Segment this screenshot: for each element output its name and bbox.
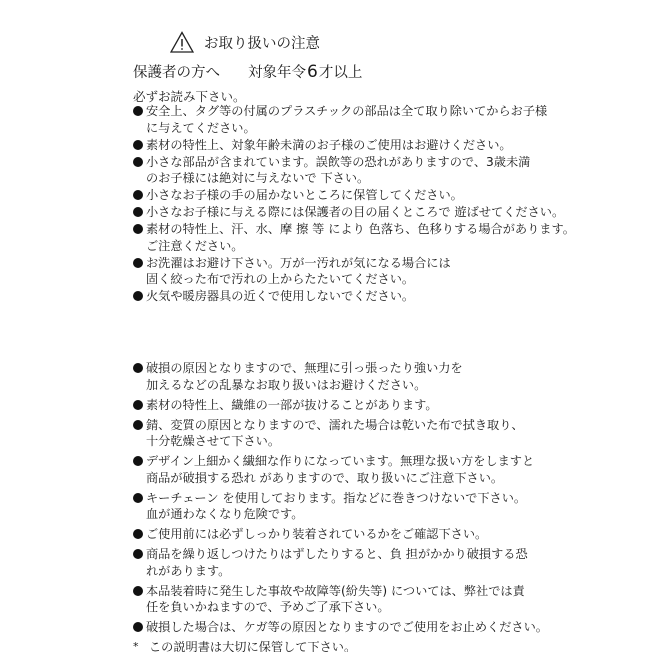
- item-line: 素材の特性上、汗、水、摩 擦 等 により 色落ち、色移りする場合があります。: [146, 221, 533, 238]
- item-line: 火気や暖房器具の近くで使用しないでください。: [146, 288, 533, 305]
- caution-list-2: 破損の原因となりますので、無理に引っ張ったり強い力を加えるなどの乱暴なお取り扱い…: [133, 360, 533, 652]
- bullet-icon: [133, 420, 143, 430]
- bullet-icon: [133, 549, 143, 559]
- note-text: この説明書は大切に保管して下さい。: [149, 639, 533, 652]
- keep-manual-note: *この説明書は大切に保管して下さい。: [133, 639, 533, 652]
- bullet-icon: [133, 224, 143, 234]
- bullet-icon: [133, 400, 143, 410]
- item-line: 安全上、タグ等の付属のプラスチックの部品は全て取り除いてからお子様: [146, 103, 533, 120]
- item-line: 商品が破損する恐れ がありますので、取り扱いにご注意下さい。: [146, 470, 533, 487]
- item-line: ご使用前には必ずしっかり装着されているかをご確認下さい。: [146, 526, 533, 543]
- audience-row: 保護者の方へ 対象年令6才以上: [133, 61, 362, 82]
- bullet-icon: [133, 106, 143, 116]
- item-line: 十分乾燥させて下さい。: [146, 433, 533, 450]
- item-line: 破損した場合は、ケガ等の原因となりますのでご使用をお止めください。: [146, 619, 533, 636]
- age-suffix: 才以上: [319, 65, 363, 81]
- item-line: 固く絞った布で汚れの上からたたいてください。: [146, 271, 533, 288]
- item-line: キーチェーン を使用しております。指などに巻きつけないで下さい。: [146, 490, 533, 507]
- bullet-icon: [133, 529, 143, 539]
- item-line: お洗濯はお避け下さい。万が一汚れが気になる場合には: [146, 255, 533, 272]
- caution-item: 素材の特性上、汗、水、摩 擦 等 により 色落ち、色移りする場合があります。ご注…: [133, 221, 533, 254]
- bullet-icon: [133, 456, 143, 466]
- item-line: 本品装着時に発生した事故や故障等(紛失等) については、弊社では責: [146, 583, 533, 600]
- caution-item: お洗濯はお避け下さい。万が一汚れが気になる場合には固く絞った布で汚れの上からたた…: [133, 255, 533, 288]
- item-line: 小さなお子様の手の届かないところに保管してください。: [146, 187, 533, 204]
- item-line: 素材の特性上、繊維の一部が抜けることがあります。: [146, 397, 533, 414]
- caution-item: 破損した場合は、ケガ等の原因となりますのでご使用をお止めください。: [133, 619, 533, 636]
- bullet-icon: [133, 190, 143, 200]
- audience-label: 保護者の方へ: [133, 61, 220, 82]
- item-line: 任を負いかねますので、予めご了承下さい。: [146, 599, 533, 616]
- item-line: ご注意ください。: [146, 238, 533, 255]
- caution-item: 素材の特性上、対象年齢未満のお子様のご使用はお避けください。: [133, 137, 533, 154]
- caution-item: 商品を繰り返しつけたりはずしたりすると、負 担がかかり破損する恐れがあります。: [133, 546, 533, 579]
- bullet-icon: [133, 207, 143, 217]
- caution-item: 錆、変質の原因となりますので、濡れた場合は乾いた布で拭き取り、十分乾燥させて下さ…: [133, 417, 533, 450]
- item-line: 小さな部品が含まれています。誤飲等の恐れがありますので、3歳未満: [146, 154, 533, 171]
- caution-item: 小さなお子様の手の届かないところに保管してください。: [133, 187, 533, 204]
- item-line: デザイン上細かく繊細な作りになっています。無理な扱い方をしますと: [146, 453, 533, 470]
- warning-triangle-icon: [170, 31, 194, 53]
- item-line: れがあります。: [146, 563, 533, 580]
- bullet-icon: [133, 258, 143, 268]
- item-line: 素材の特性上、対象年齢未満のお子様のご使用はお避けください。: [146, 137, 533, 154]
- caution-item: 素材の特性上、繊維の一部が抜けることがあります。: [133, 397, 533, 414]
- bullet-icon: [133, 157, 143, 167]
- instruction-sheet: お取り扱いの注意 保護者の方へ 対象年令6才以上 必ずお読み下さい。 安全上、タ…: [0, 0, 652, 652]
- item-line: 錆、変質の原因となりますので、濡れた場合は乾いた布で拭き取り、: [146, 417, 533, 434]
- title-row: お取り扱いの注意: [170, 30, 320, 54]
- age-label: 対象年令6才以上: [248, 61, 362, 82]
- item-line: 加えるなどの乱暴なお取り扱いはお避けください。: [146, 377, 533, 394]
- caution-item: 破損の原因となりますので、無理に引っ張ったり強い力を加えるなどの乱暴なお取り扱い…: [133, 360, 533, 393]
- item-line: 破損の原因となりますので、無理に引っ張ったり強い力を: [146, 360, 533, 377]
- caution-item: 火気や暖房器具の近くで使用しないでください。: [133, 288, 533, 305]
- bullet-icon: [133, 493, 143, 503]
- page-title: お取り扱いの注意: [204, 32, 320, 53]
- item-line: 商品を繰り返しつけたりはずしたりすると、負 担がかかり破損する恐: [146, 546, 533, 563]
- caution-item: 小さなお子様に与える際には保護者の目の届くところで 遊ばせてください。: [133, 204, 533, 221]
- age-number: 6: [307, 62, 318, 82]
- item-line: 血が通わなくなり危険です。: [146, 506, 533, 523]
- item-line: 小さなお子様に与える際には保護者の目の届くところで 遊ばせてください。: [146, 204, 533, 221]
- item-line: のお子様には絶対に与えないで 下さい。: [146, 170, 533, 187]
- caution-item: 安全上、タグ等の付属のプラスチックの部品は全て取り除いてからお子様に与えてくださ…: [133, 103, 533, 136]
- bullet-icon: [133, 291, 143, 301]
- bullet-icon: [133, 586, 143, 596]
- bullet-icon: [133, 622, 143, 632]
- caution-item: キーチェーン を使用しております。指などに巻きつけないで下さい。血が通わなくなり…: [133, 490, 533, 523]
- bullet-icon: [133, 140, 143, 150]
- asterisk-icon: *: [133, 639, 139, 652]
- caution-item: デザイン上細かく繊細な作りになっています。無理な扱い方をしますと商品が破損する恐…: [133, 453, 533, 486]
- bullet-icon: [133, 363, 143, 373]
- caution-item: 小さな部品が含まれています。誤飲等の恐れがありますので、3歳未満のお子様には絶対…: [133, 154, 533, 187]
- item-line: に与えてください。: [146, 120, 533, 137]
- age-prefix: 対象年令: [248, 65, 306, 81]
- caution-item: 本品装着時に発生した事故や故障等(紛失等) については、弊社では責任を負いかねま…: [133, 583, 533, 616]
- caution-list-1: 安全上、タグ等の付属のプラスチックの部品は全て取り除いてからお子様に与えてくださ…: [133, 103, 533, 305]
- caution-item: ご使用前には必ずしっかり装着されているかをご確認下さい。: [133, 526, 533, 543]
